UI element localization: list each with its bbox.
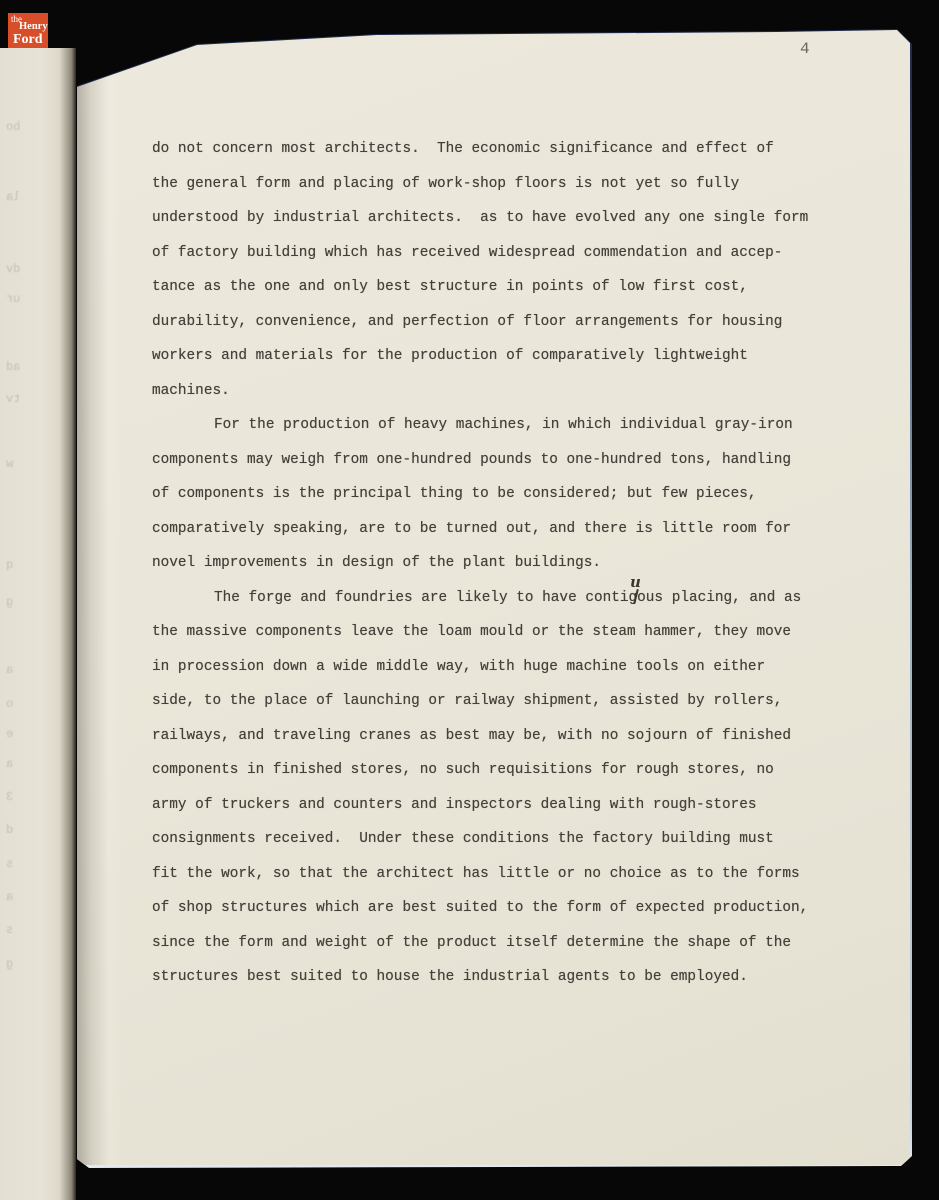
- typed-line: side, to the place of launching or railw…: [152, 684, 842, 719]
- typed-line: in procession down a wide middle way, wi…: [152, 650, 842, 685]
- handwritten-correction: u: [630, 573, 641, 591]
- typed-line: The forge and foundries are likely to ha…: [152, 581, 842, 616]
- typed-line: components may weigh from one-hundred po…: [152, 443, 842, 478]
- edge-text-fragment: la: [6, 190, 20, 204]
- typed-line: tance as the one and only best structure…: [152, 270, 842, 305]
- typed-line: of factory building which has received w…: [152, 236, 842, 271]
- edge-text-fragment: d: [6, 823, 13, 837]
- typed-line: durability, convenience, and perfection …: [152, 305, 842, 340]
- edge-text-fragment: a: [6, 663, 13, 677]
- edge-text-fragment: tv: [6, 392, 20, 406]
- typed-line: structures best suited to house the indu…: [152, 960, 842, 995]
- typed-line: the massive components leave the loam mo…: [152, 615, 842, 650]
- typed-line: fit the work, so that the architect has …: [152, 857, 842, 892]
- edge-text-fragment: a: [6, 757, 13, 771]
- typed-line: do not concern most architects. The econ…: [152, 132, 842, 167]
- edge-text-fragment: ur: [6, 292, 20, 306]
- edge-text-fragment: g: [6, 595, 13, 609]
- page-number: 4: [800, 40, 810, 58]
- edge-text-fragment: s: [6, 923, 13, 937]
- typed-line: railways, and traveling cranes as best m…: [152, 719, 842, 754]
- edge-text-fragment: q: [6, 558, 13, 572]
- scanned-document-photo: the Henry Ford boladvuradtvwqgaoea3dsasg…: [0, 0, 939, 1200]
- typed-line: of components is the principal thing to …: [152, 477, 842, 512]
- typed-line: machines.: [152, 374, 842, 409]
- typed-text-block: do not concern most architects. The econ…: [152, 132, 842, 995]
- typed-line: For the production of heavy machines, in…: [152, 408, 842, 443]
- typed-line: novel improvements in design of the plan…: [152, 546, 842, 581]
- edge-text-fragment: 3: [6, 790, 13, 804]
- typed-line: army of truckers and counters and inspec…: [152, 788, 842, 823]
- typed-line: workers and materials for the production…: [152, 339, 842, 374]
- typed-line: understood by industrial architects. as …: [152, 201, 842, 236]
- facing-page-edge-strip: boladvuradtvwqgaoea3dsasg: [0, 48, 76, 1200]
- document-page: 4 do not concern most architects. The ec…: [77, 29, 910, 1165]
- typed-line: the general form and placing of work-sho…: [152, 167, 842, 202]
- typed-line: since the form and weight of the product…: [152, 926, 842, 961]
- edge-text-fragment: a: [6, 890, 13, 904]
- edge-text-fragment: e: [6, 727, 13, 741]
- typed-line: comparatively speaking, are to be turned…: [152, 512, 842, 547]
- edge-text-fragment: w: [6, 457, 13, 471]
- logo-word-ford: Ford: [13, 32, 43, 48]
- edge-text-fragment: s: [6, 857, 13, 871]
- typed-line: consignments received. Under these condi…: [152, 822, 842, 857]
- edge-text-fragment: g: [6, 957, 13, 971]
- page-edge: 4 do not concern most architects. The ec…: [77, 26, 912, 1168]
- edge-text-fragment: ad: [6, 360, 20, 374]
- spine-fold-shadow: [77, 29, 123, 1165]
- typed-line: of shop structures which are best suited…: [152, 891, 842, 926]
- edge-text-fragment: dv: [6, 262, 20, 276]
- typed-line: components in finished stores, no such r…: [152, 753, 842, 788]
- logo-word-henry: Henry: [19, 21, 48, 32]
- edge-text-fragment: bo: [6, 120, 20, 134]
- edge-text-fragment: o: [6, 697, 13, 711]
